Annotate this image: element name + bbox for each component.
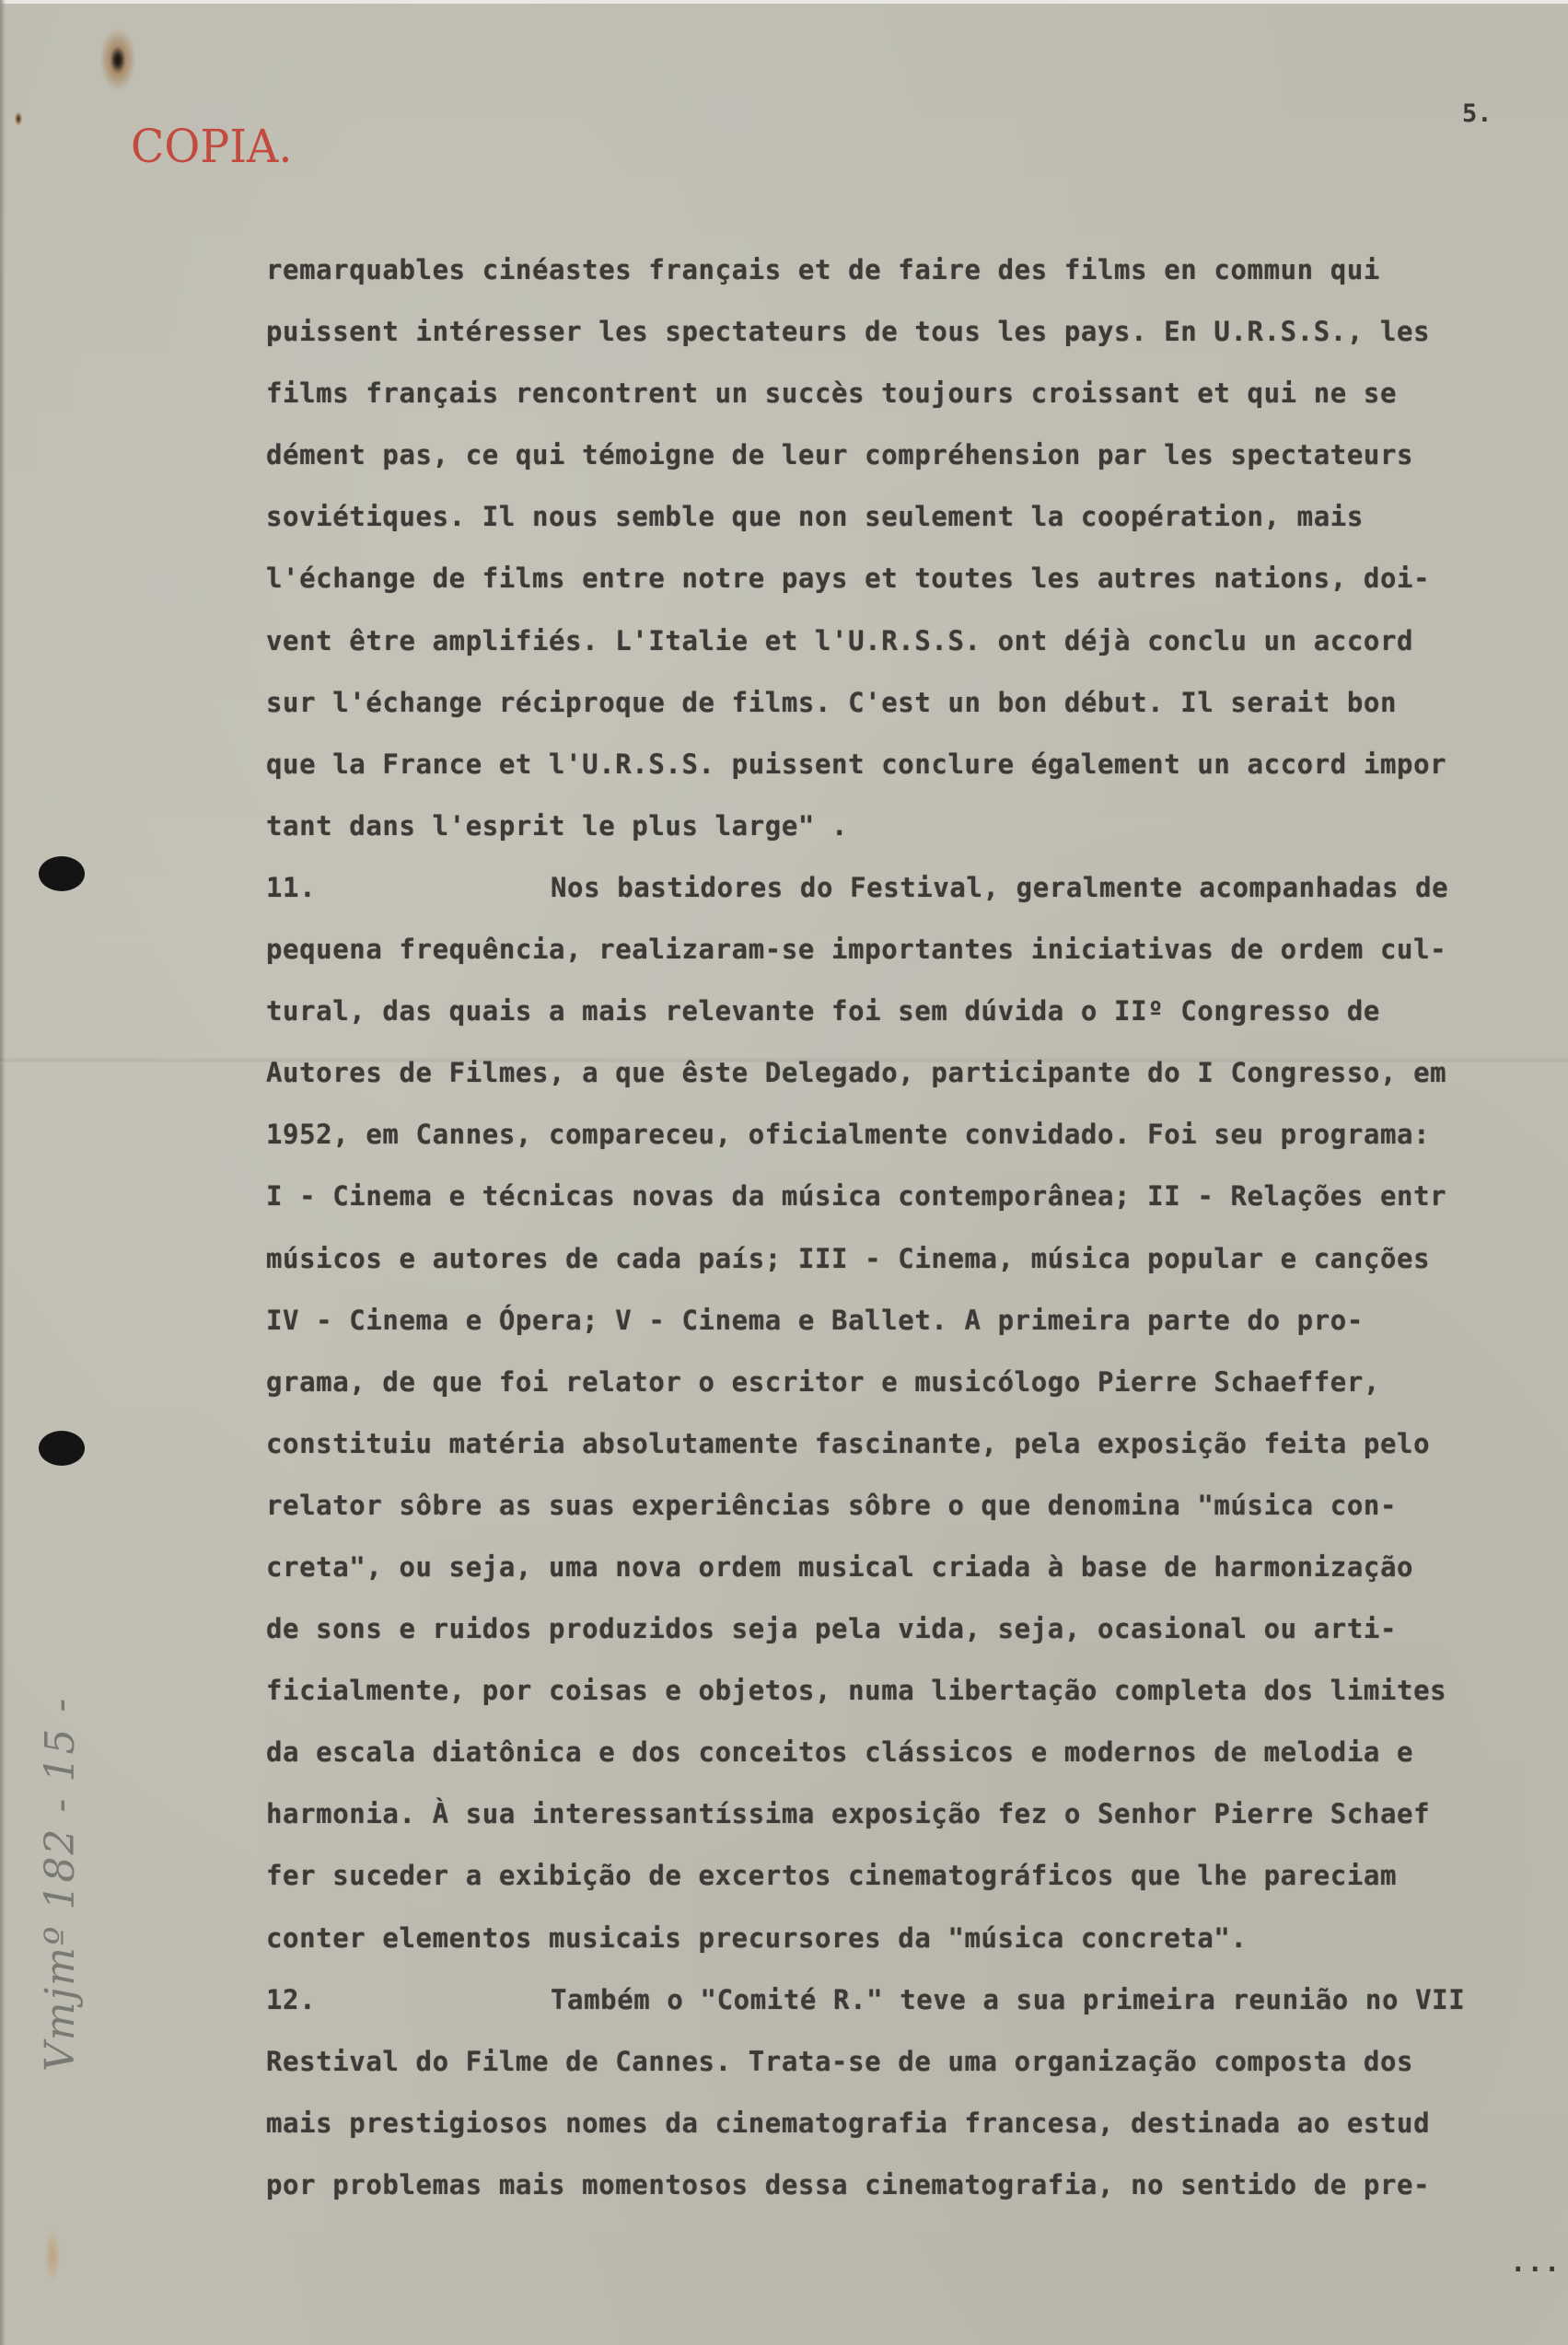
- page-left-edge: [0, 0, 6, 2345]
- text-line: I - Cinema e técnicas novas da música co…: [266, 1175, 1568, 1236]
- continuation-mark: ...: [1510, 2246, 1561, 2278]
- text-line: dément pas, ce qui témoigne de leur comp…: [266, 434, 1568, 495]
- small-stain-mark: [15, 112, 22, 125]
- text-line: harmonia. À sua interessantíssima exposi…: [266, 1793, 1568, 1854]
- typewritten-body: remarquables cinéastes français et de fa…: [266, 249, 1568, 2225]
- text-line: por problemas mais momentosos dessa cine…: [266, 2164, 1568, 2225]
- text-line: films français rencontrent un succès tou…: [266, 372, 1568, 434]
- text-line: 1952, em Cannes, compareceu, oficialment…: [266, 1113, 1568, 1175]
- text-line: pequena frequência, realizaram-se import…: [266, 928, 1568, 990]
- text-line: constituiu matéria absolutamente fascina…: [266, 1422, 1568, 1484]
- rust-stain-mark: [44, 2228, 61, 2283]
- paragraph-number: 11.: [266, 866, 551, 909]
- text-line: sur l'échange réciproque de films. C'est…: [266, 681, 1568, 743]
- paragraph-11-start: 11.Nos bastidores do Festival, geralment…: [266, 866, 1568, 928]
- pencil-margin-annotation: Vmjmº 182 - 15 -: [37, 1697, 84, 2072]
- text-line: grama, de que foi relator o escritor e m…: [266, 1361, 1568, 1422]
- punch-hole-icon: [39, 856, 85, 891]
- copia-stamp: COPIA.: [131, 123, 292, 169]
- text-line: Restival do Filme de Cannes. Trata-se de…: [266, 2040, 1568, 2102]
- text-line: creta", ou seja, uma nova ordem musical …: [266, 1546, 1568, 1608]
- text-line: Autores de Filmes, a que êste Delegado, …: [266, 1051, 1568, 1113]
- page-top-edge: [0, 0, 1568, 4]
- burn-stain-mark: [99, 28, 136, 92]
- text-line: de sons e ruidos produzidos seja pela vi…: [266, 1608, 1568, 1669]
- paragraph-number: 12.: [266, 1979, 551, 2021]
- text-line: soviétiques. Il nous semble que non seul…: [266, 495, 1568, 557]
- text-line: l'échange de films entre notre pays et t…: [266, 557, 1568, 619]
- text-line: da escala diatônica e dos conceitos clás…: [266, 1731, 1568, 1793]
- text-line: que la France et l'U.R.S.S. puissent con…: [266, 743, 1568, 805]
- paragraph-12-start: 12.Também o "Comité R." teve a sua prime…: [266, 1979, 1568, 2040]
- page-number: 5.: [1462, 99, 1493, 128]
- text-line: conter elementos musicais precursores da…: [266, 1917, 1568, 1979]
- text-line: mais prestigiosos nomes da cinematografi…: [266, 2102, 1568, 2164]
- text-line: remarquables cinéastes français et de fa…: [266, 249, 1568, 310]
- text-line: IV - Cinema e Ópera; V - Cinema e Ballet…: [266, 1299, 1568, 1361]
- punch-hole-icon: [39, 1431, 85, 1466]
- text-line: tural, das quais a mais relevante foi se…: [266, 990, 1568, 1051]
- document-page: COPIA. 5. Vmjmº 182 - 15 - remarquables …: [0, 0, 1568, 2345]
- text-line: músicos e autores de cada país; III - Ci…: [266, 1237, 1568, 1299]
- text-line: vent être amplifiés. L'Italie et l'U.R.S…: [266, 620, 1568, 681]
- text-line: puissent intéresser les spectateurs de t…: [266, 310, 1568, 372]
- text-line: ficialmente, por coisas e objetos, numa …: [266, 1669, 1568, 1731]
- text-line: tant dans l'esprit le plus large" .: [266, 805, 1568, 866]
- text-line: relator sôbre as suas experiências sôbre…: [266, 1484, 1568, 1546]
- text-line: fer suceder a exibição de excertos cinem…: [266, 1854, 1568, 1916]
